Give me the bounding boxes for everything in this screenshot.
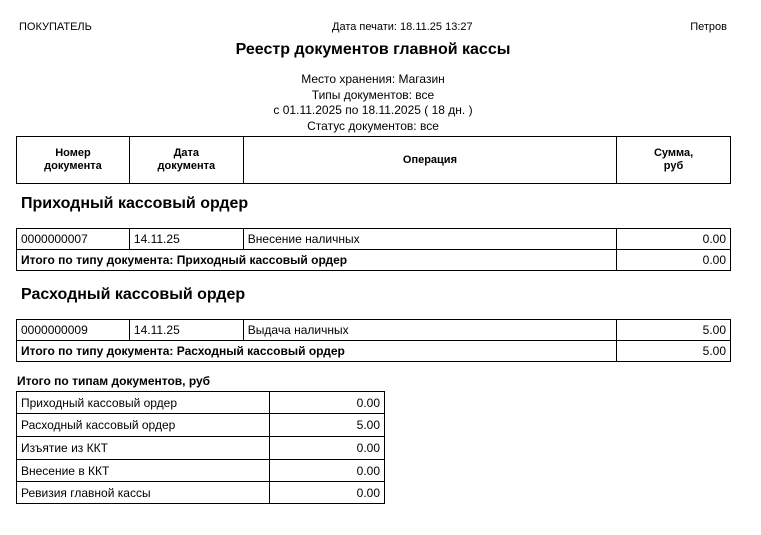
col-header-sum: Сумма,руб bbox=[617, 137, 731, 184]
storage-location: Место хранения: Магазин bbox=[0, 72, 746, 86]
section-total-label: Итого по типу документа: Расходный кассо… bbox=[17, 341, 617, 362]
summary-table: Приходный кассовый ордер 0.00 Расходный … bbox=[16, 391, 385, 504]
summary-label: Приходный кассовый ордер bbox=[17, 392, 270, 414]
summary-row: Расходный кассовый ордер 5.00 bbox=[17, 414, 385, 437]
doc-sum: 0.00 bbox=[617, 229, 731, 250]
user-name: Петров bbox=[690, 21, 727, 33]
doc-operation: Выдача наличных bbox=[243, 320, 616, 341]
summary-label: Внесение в ККТ bbox=[17, 460, 270, 482]
doc-operation: Внесение наличных bbox=[243, 229, 616, 250]
doc-date: 14.11.25 bbox=[129, 229, 243, 250]
summary-value: 0.00 bbox=[270, 392, 385, 414]
section-total-label: Итого по типу документа: Приходный кассо… bbox=[17, 250, 617, 271]
section-heading-expense: Расходный кассовый ордер bbox=[21, 286, 245, 304]
column-header-table: Номердокумента Датадокумента Операция Су… bbox=[16, 136, 731, 184]
section-table-expense: 0000000009 14.11.25 Выдача наличных 5.00… bbox=[16, 319, 731, 362]
section-heading-income: Приходный кассовый ордер bbox=[21, 195, 248, 213]
summary-label: Расходный кассовый ордер bbox=[17, 414, 270, 437]
summary-label: Ревизия главной кассы bbox=[17, 482, 270, 504]
summary-title: Итого по типам документов, руб bbox=[17, 374, 210, 388]
col-header-number: Номердокумента bbox=[17, 137, 130, 184]
section-total-row: Итого по типу документа: Расходный кассо… bbox=[17, 341, 731, 362]
summary-label: Изъятие из ККТ bbox=[17, 437, 270, 460]
section-total-sum: 0.00 bbox=[617, 250, 731, 271]
doc-date: 14.11.25 bbox=[129, 320, 243, 341]
summary-row: Приходный кассовый ордер 0.00 bbox=[17, 392, 385, 414]
summary-row: Изъятие из ККТ 0.00 bbox=[17, 437, 385, 460]
section-total-row: Итого по типу документа: Приходный кассо… bbox=[17, 250, 731, 271]
doc-sum: 5.00 bbox=[617, 320, 731, 341]
buyer-label: ПОКУПАТЕЛЬ bbox=[19, 21, 92, 33]
print-date: Дата печати: 18.11.25 13:27 bbox=[332, 21, 473, 33]
summary-value: 0.00 bbox=[270, 482, 385, 504]
summary-value: 0.00 bbox=[270, 460, 385, 482]
doc-number: 0000000009 bbox=[17, 320, 130, 341]
table-row: 0000000009 14.11.25 Выдача наличных 5.00 bbox=[17, 320, 731, 341]
date-period: с 01.11.2025 по 18.11.2025 ( 18 дн. ) bbox=[0, 103, 746, 117]
doc-number: 0000000007 bbox=[17, 229, 130, 250]
col-header-operation: Операция bbox=[243, 137, 616, 184]
document-types: Типы документов: все bbox=[0, 88, 746, 102]
report-title: Реестр документов главной кассы bbox=[0, 41, 746, 59]
section-table-income: 0000000007 14.11.25 Внесение наличных 0.… bbox=[16, 228, 731, 271]
summary-row: Ревизия главной кассы 0.00 bbox=[17, 482, 385, 504]
section-total-sum: 5.00 bbox=[617, 341, 731, 362]
table-row: 0000000007 14.11.25 Внесение наличных 0.… bbox=[17, 229, 731, 250]
summary-value: 0.00 bbox=[270, 437, 385, 460]
col-header-date: Датадокумента bbox=[129, 137, 243, 184]
document-status: Статус документов: все bbox=[0, 119, 746, 133]
summary-value: 5.00 bbox=[270, 414, 385, 437]
summary-row: Внесение в ККТ 0.00 bbox=[17, 460, 385, 482]
